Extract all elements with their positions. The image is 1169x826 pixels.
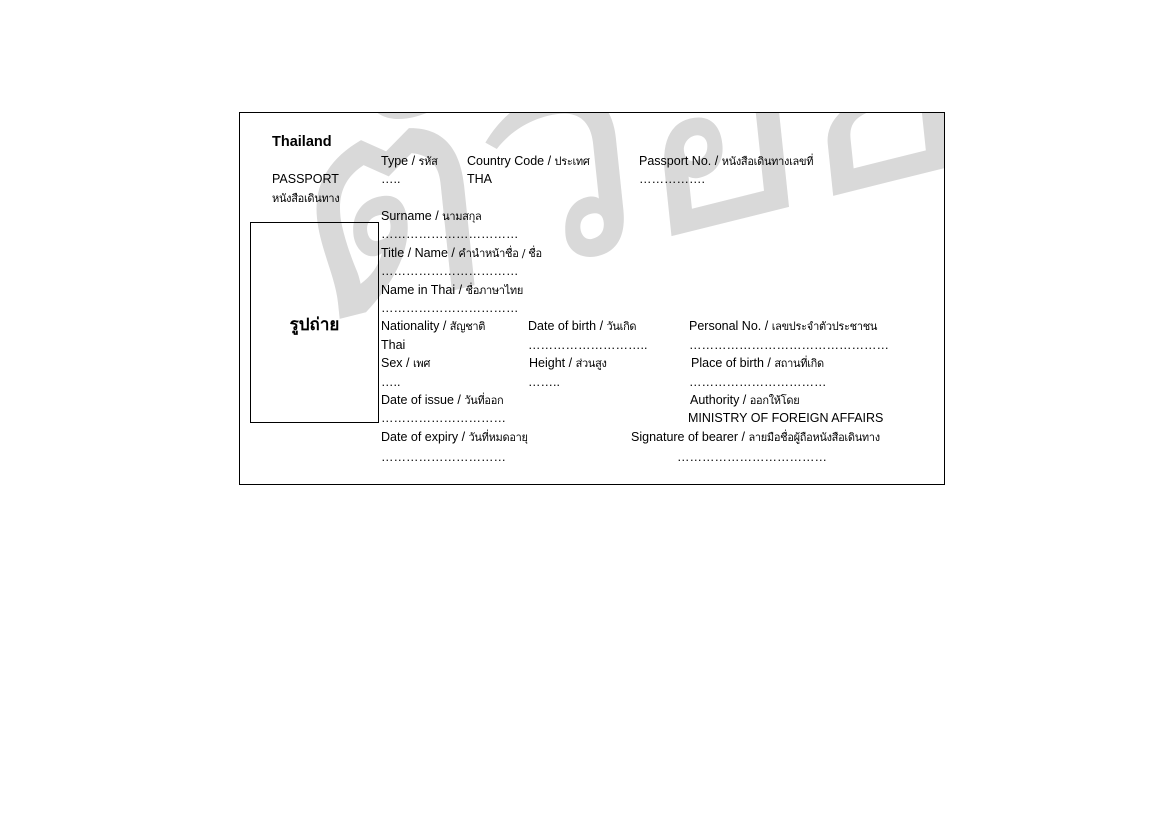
country-code-value: THA xyxy=(467,172,492,187)
sex-label: Sex / เพศ xyxy=(381,356,430,371)
type-label: Type / รหัส xyxy=(381,154,438,169)
signature-label: Signature of bearer / ลายมือชื่อผู้ถือหน… xyxy=(631,430,880,445)
country-code-label: Country Code / ประเทศ xyxy=(467,154,590,169)
passport-no-value: ……………. xyxy=(639,172,705,187)
authority-label: Authority / ออกให้โดย xyxy=(690,393,799,408)
date-of-expiry-value: ………………………… xyxy=(381,450,506,465)
title-name-value: …………………………… xyxy=(381,264,519,279)
personal-no-label: Personal No. / เลขประจำตัวประชาชน xyxy=(689,319,877,334)
date-of-issue-label: Date of issue / วันที่ออก xyxy=(381,393,503,408)
dob-label: Date of birth / วันเกิด xyxy=(528,319,636,334)
passport-sample-card: ตัวอย่าง Thailand PASSPORT หนังสือเดินทา… xyxy=(239,112,945,485)
doc-type-en: PASSPORT xyxy=(272,172,339,187)
height-value: …….. xyxy=(528,375,560,390)
title-name-label: Title / Name / คำนำหน้าชื่อ / ชื่อ xyxy=(381,246,542,261)
photo-label: รูปถ่าย xyxy=(251,311,378,338)
nationality-value: Thai xyxy=(381,338,405,353)
name-thai-label: Name in Thai / ชื่อภาษาไทย xyxy=(381,283,523,298)
height-label: Height / ส่วนสูง xyxy=(529,356,607,371)
passport-no-label: Passport No. / หนังสือเดินทางเลขที่ xyxy=(639,154,813,169)
type-value: ….. xyxy=(381,172,400,187)
date-of-expiry-label: Date of expiry / วันที่หมดอายุ xyxy=(381,430,528,445)
nationality-label: Nationality / สัญชาติ xyxy=(381,319,485,334)
place-of-birth-label: Place of birth / สถานที่เกิด xyxy=(691,356,824,371)
sex-value: ….. xyxy=(381,375,400,390)
surname-label: Surname / นามสกุล xyxy=(381,209,481,224)
country-title: Thailand xyxy=(272,135,332,150)
place-of-birth-value: …………………………… xyxy=(689,375,827,390)
surname-value: …………………………… xyxy=(381,227,519,242)
watermark-sample: ตัวอย่าง xyxy=(280,112,945,374)
authority-value: MINISTRY OF FOREIGN AFFAIRS xyxy=(688,411,883,426)
date-of-issue-value: ………………………… xyxy=(381,411,506,426)
photo-box: รูปถ่าย xyxy=(250,222,379,423)
dob-value: ……………………….. xyxy=(528,338,647,353)
name-thai-value: …………………………… xyxy=(381,301,519,316)
doc-type-th: หนังสือเดินทาง xyxy=(272,191,339,206)
signature-value: ……………………………… xyxy=(677,450,827,465)
personal-no-value: ………………………………………… xyxy=(689,338,889,353)
